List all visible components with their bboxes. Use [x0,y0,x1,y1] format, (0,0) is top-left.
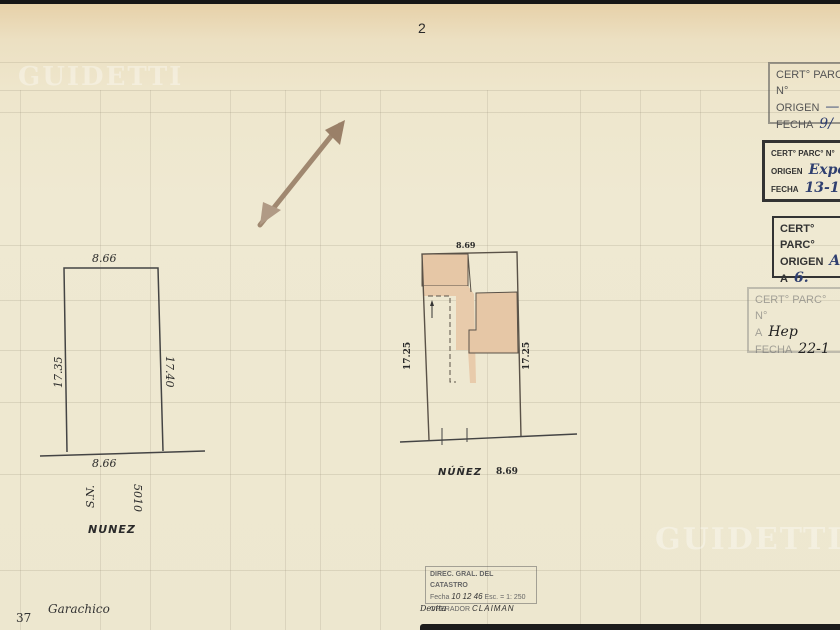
right-parcel-outline [400,252,577,445]
left-front-bottom-dim: 8.66 [92,457,117,470]
no-number-label: S.N. [84,485,97,508]
left-front-top-dim: 8.66 [92,252,117,265]
right-side-dim: 17.40 [163,356,176,388]
street-name-right: NÚÑEZ [438,467,482,478]
catastro-scale: Esc. = 1: 250 [485,594,526,601]
scan-bottom-edge [420,624,840,630]
left-side-dim: 17.35 [52,357,65,389]
right-left-side-dim: 17.25 [403,342,413,370]
street-name-left: NUNEZ [88,523,136,536]
right-front-top-dim: 8.69 [456,240,475,250]
house-number: 5010 [131,484,144,512]
catastro-operator-value: CLAIMAN [472,604,515,613]
cadastral-plan-sheet: GUIDETTI GUIDETTI 2 CERT° PARC° N° ORIGE… [0,0,840,630]
catastro-stamp: DIREC. GRAL. DEL CATASTRO Fecha 10 12 46… [425,566,537,604]
catastro-date-value: 10 12 46 [451,592,482,601]
right-right-side-dim: 17.25 [522,342,532,370]
catastro-title: DIREC. GRAL. DEL CATASTRO [430,569,532,591]
sheet-number: 37 [16,611,31,625]
bottom-signature: Garachico [48,602,110,616]
catastro-date-label: Fecha [430,594,449,601]
catastro-signature: Devita [420,604,446,613]
right-front-bottom-dim: 8.69 [496,467,518,477]
